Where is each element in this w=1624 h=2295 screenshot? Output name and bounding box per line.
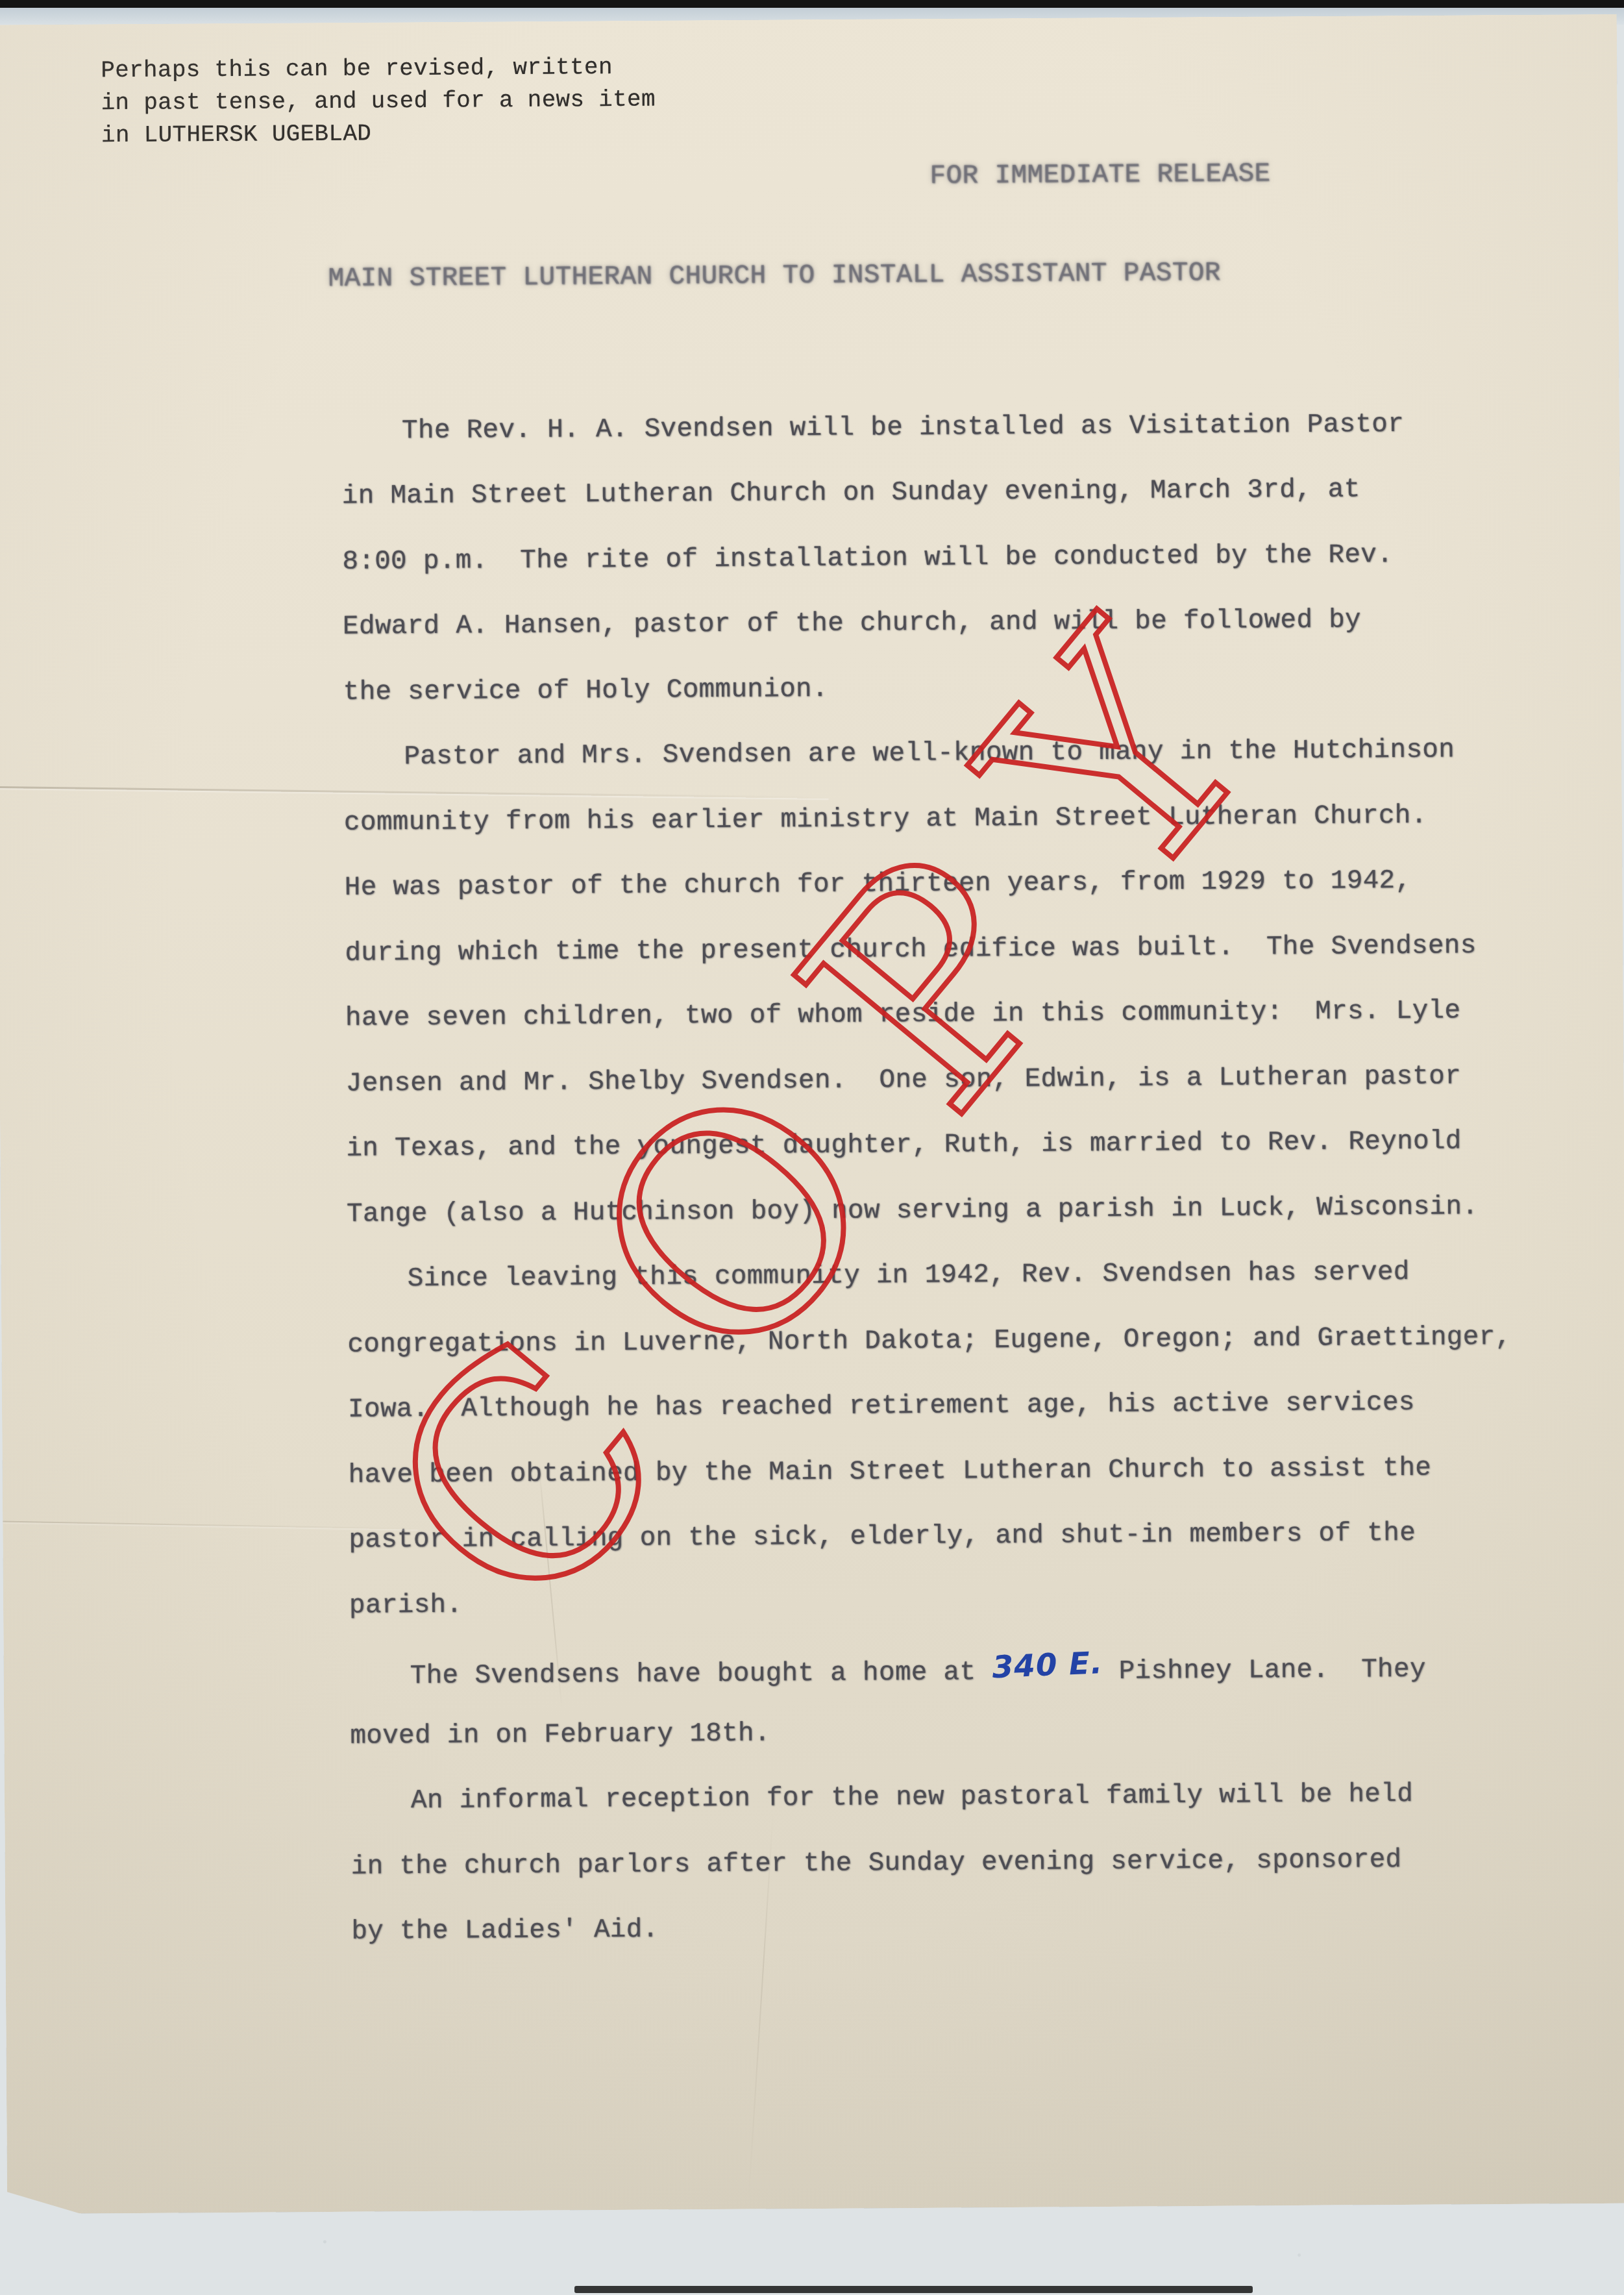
scanned-press-release: Perhaps this can be revised, written in … (0, 0, 1624, 2295)
editorial-note-line: in past tense, and used for a news item (101, 88, 656, 116)
typed-line: 8:00 p.m. The rite of installation will … (342, 542, 1393, 576)
typed-line: by the Ladies' Aid. (351, 1917, 658, 1946)
release-line: FOR IMMEDIATE RELEASE (929, 161, 1270, 190)
typed-line: the service of Holy Communion. (343, 676, 828, 706)
scanner-edge-top (0, 0, 1624, 8)
typed-line: Pastor and Mrs. Svendsen are well-known … (404, 737, 1455, 771)
typed-line: Iowa. Although he has reached retirement… (348, 1390, 1415, 1424)
typed-line: Since leaving this community in 1942, Re… (408, 1259, 1410, 1293)
typed-line: have seven children, two of whom reside … (345, 998, 1461, 1032)
typed-line: Tange (also a Hutchinson boy) now servin… (347, 1194, 1479, 1228)
scan-bottom-mark (574, 2286, 1253, 2293)
typed-line: The Rev. H. A. Svendsen will be installe… (402, 412, 1404, 445)
typed-line: in the church parlors after the Sunday e… (351, 1847, 1402, 1881)
handwritten-address: 340 E. (991, 1648, 1103, 1683)
typed-line: He was pastor of the church for thirteen… (345, 868, 1412, 902)
paper-sheet: Perhaps this can be revised, written in … (0, 14, 1624, 2214)
typed-fragment: The Svendsens have bought a home at (410, 1657, 992, 1691)
fold-crease (0, 786, 829, 799)
typed-line: have been obtained by the Main Street Lu… (349, 1456, 1432, 1489)
typed-line: in Texas, and the youngest daughter, Rut… (346, 1128, 1462, 1162)
typed-line: in Main Street Lutheran Church on Sunday… (342, 477, 1360, 510)
typed-line: during which time the present church edi… (345, 933, 1477, 967)
typed-line: Edward A. Hansen, pastor of the church, … (343, 607, 1361, 640)
typed-fragment: Pishney Lane. They (1103, 1655, 1426, 1687)
typed-line: community from his earlier ministry at M… (344, 803, 1427, 837)
editorial-note-line: in LUTHERSK UGEBLAD (101, 122, 371, 147)
typed-line: moved in on February 18th. (350, 1720, 770, 1750)
typed-line: Jensen and Mr. Shelby Svendsen. One son,… (346, 1063, 1462, 1097)
editorial-note-line: Perhaps this can be revised, written (101, 56, 613, 82)
typed-line: congregations in Luverne, North Dakota; … (347, 1324, 1511, 1359)
typed-line: An informal reception for the new pastor… (411, 1781, 1413, 1815)
typed-line: pastor in calling on the sick, elderly, … (349, 1520, 1416, 1554)
typed-line: parish. (349, 1593, 463, 1620)
typed-line-with-handwriting: The Svendsens have bought a home at 340 … (410, 1651, 1426, 1690)
document-title: MAIN STREET LUTHERAN CHURCH TO INSTALL A… (328, 260, 1220, 293)
